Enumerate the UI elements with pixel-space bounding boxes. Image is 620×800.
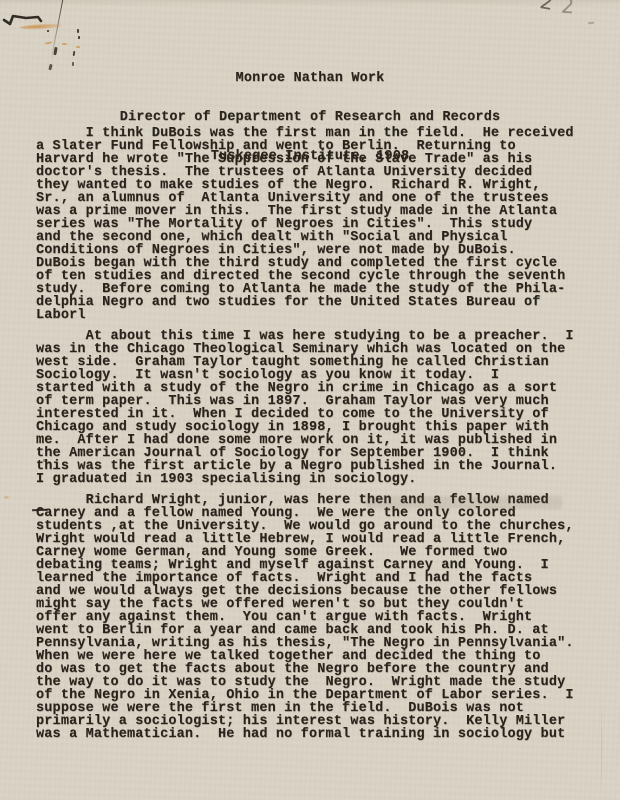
rust-speck [45,41,52,44]
scan-edge-shadow [0,0,620,6]
author-title: Director of Department of Research and R… [0,111,620,124]
rust-speck [62,43,67,45]
ink-scribble-mark [2,6,52,32]
pencil-annotation: 2 [560,0,575,18]
rust-smudge-mark [20,23,62,30]
author-name: Monroe Nathan Work [0,72,620,85]
pencil-annotation: 2 [538,0,555,15]
paper-crease [601,690,602,800]
rust-speck [4,496,9,499]
scanned-document-page: Monroe Nathan Work Director of Departmen… [0,0,620,800]
ink-speck [47,30,49,32]
pencil-dash-mark [588,22,594,24]
ink-speck [78,36,80,39]
paragraph-chicago-seminary: At about this time I was here studying t… [36,330,574,486]
paragraph-dubois-atlanta-studies: I think DuBois was the first man in the … [36,127,574,322]
paragraph-wright-carney-young: Richard Wright, junior, was here then an… [36,494,574,741]
ink-speck [77,29,79,33]
